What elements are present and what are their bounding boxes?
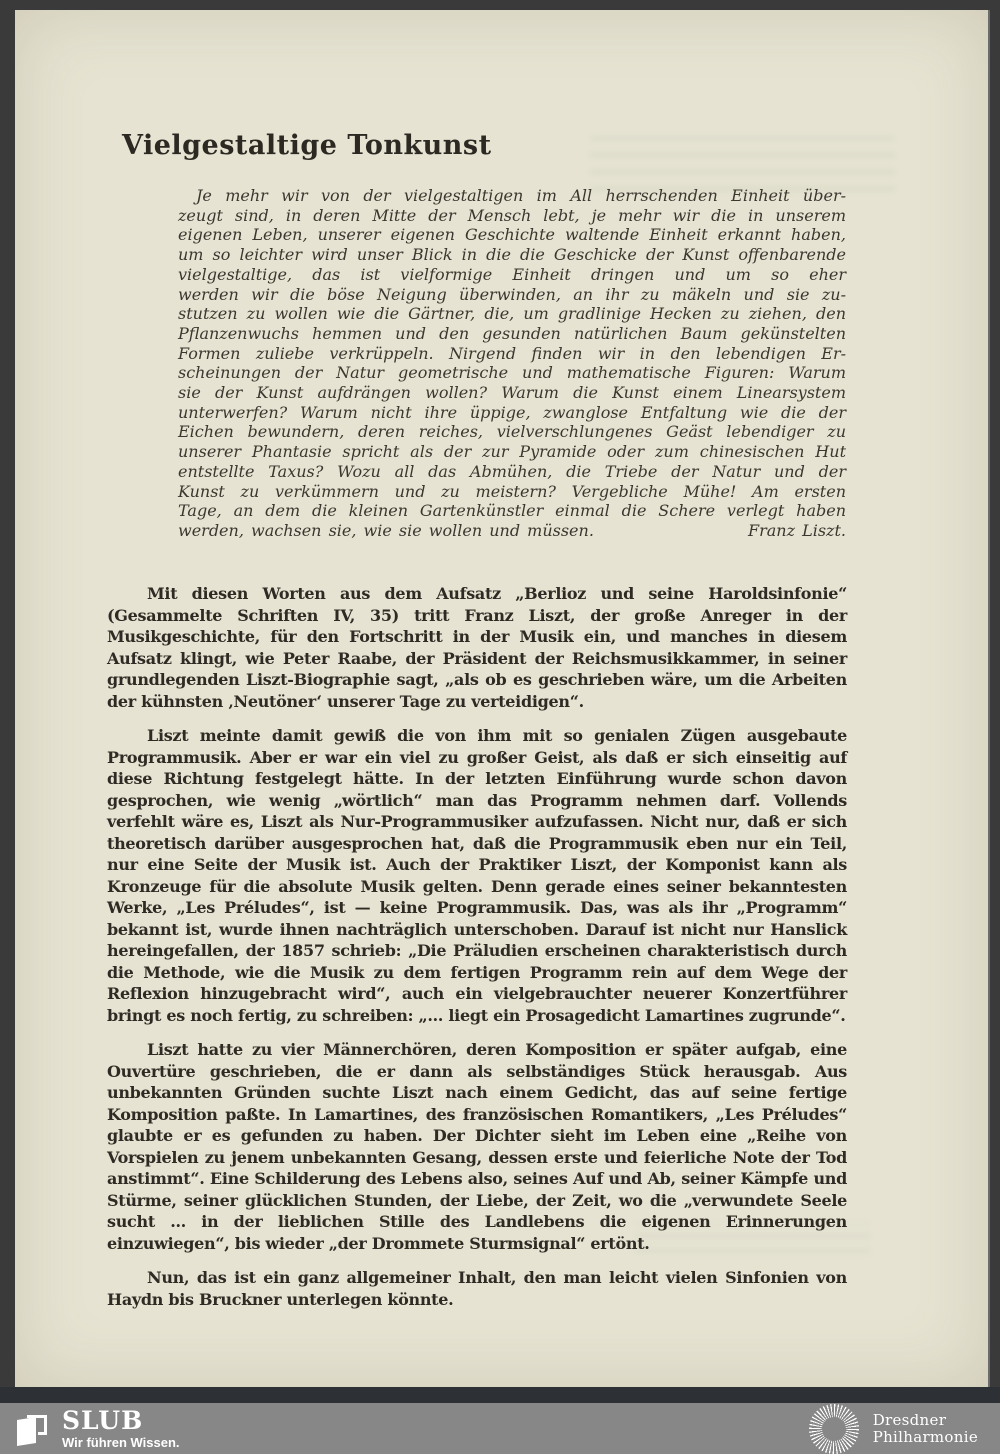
quote-block: Je mehr wir von der vielgestaltigen im A… [178, 186, 846, 541]
viewer-footer-bar: SLUB Wir führen Wissen. Dresdner Philhar… [0, 1403, 1000, 1454]
scanned-page: Vielgestaltige Tonkunst Je mehr wir von … [15, 10, 988, 1387]
viewer-canvas: Vielgestaltige Tonkunst Je mehr wir von … [0, 0, 1000, 1454]
quote-line: entstellte Taxus? Wozu all das Abmühen, … [178, 462, 846, 482]
quote-line: eigenen Leben, unserer eigenen Geschicht… [178, 225, 846, 245]
philharmonie-branding: Dresdner Philharmonie [809, 1404, 978, 1454]
body-text: Mit diesen Worten aus dem Aufsatz „Berli… [107, 583, 847, 1323]
quote-line: um so leichter wird unser Blick in die d… [178, 245, 846, 265]
slub-wordmark: SLUB [62, 1408, 180, 1433]
philharmonie-name-line2: Philharmonie [873, 1429, 978, 1446]
quote-line: vielgestaltige, das ist vielformige Einh… [178, 265, 846, 285]
quote-line: unserer Phantasie spricht als der zur Py… [178, 442, 846, 462]
quote-line: sie der Kunst aufdrängen wollen? Warum d… [178, 383, 846, 403]
quote-line: Tage, an dem die kleinen Gartenkünstler … [178, 501, 846, 521]
quote-line: unterwerfen? Warum nicht ihre üppige, zw… [178, 403, 846, 423]
footer-shadow-strip [0, 1387, 1000, 1403]
quote-line: werden wir die böse Neigung überwinden, … [178, 285, 846, 305]
body-paragraph: Mit diesen Worten aus dem Aufsatz „Berli… [107, 583, 847, 712]
body-paragraph: Nun, das ist ein ganz allgemeiner Inhalt… [107, 1267, 847, 1310]
quote-line: stutzen zu wollen wie die Gärtner, die, … [178, 304, 846, 324]
slub-logo-icon [14, 1411, 50, 1449]
quote-line: Formen zuliebe verkrüppeln. Nirgend find… [178, 344, 846, 364]
quote-closing-line: werden, wachsen sie, wie sie wollen und … [178, 521, 846, 541]
philharmonie-name-line1: Dresdner [873, 1412, 978, 1429]
quote-line: Eichen bewundern, deren reiches, vielver… [178, 422, 846, 442]
quote-line: scheinungen der Natur geometrische und m… [178, 363, 846, 383]
quote-closing-text: werden, wachsen sie, wie sie wollen und … [178, 521, 594, 541]
quote-line: Pflanzenwuchs hemmen und den gesunden na… [178, 324, 846, 344]
philharmonie-starburst-icon [809, 1404, 859, 1454]
quote-line: Je mehr wir von der vielgestaltigen im A… [178, 186, 846, 206]
body-paragraph: Liszt meinte damit gewiß die von ihm mit… [107, 725, 847, 1026]
slub-branding: SLUB Wir führen Wissen. [14, 1408, 180, 1449]
quote-attribution: Franz Liszt. [748, 521, 846, 541]
philharmonie-wordmark: Dresdner Philharmonie [873, 1412, 978, 1446]
bleed-through-smudge [590, 136, 895, 192]
body-paragraph: Liszt hatte zu vier Männerchören, deren … [107, 1039, 847, 1254]
quote-line: Kunst zu verkümmern und zu meistern? Ver… [178, 482, 846, 502]
slub-tagline: Wir führen Wissen. [62, 1436, 180, 1449]
quote-line: zeugt sind, in deren Mitte der Mensch le… [178, 206, 846, 226]
document-title: Vielgestaltige Tonkunst [122, 130, 492, 161]
